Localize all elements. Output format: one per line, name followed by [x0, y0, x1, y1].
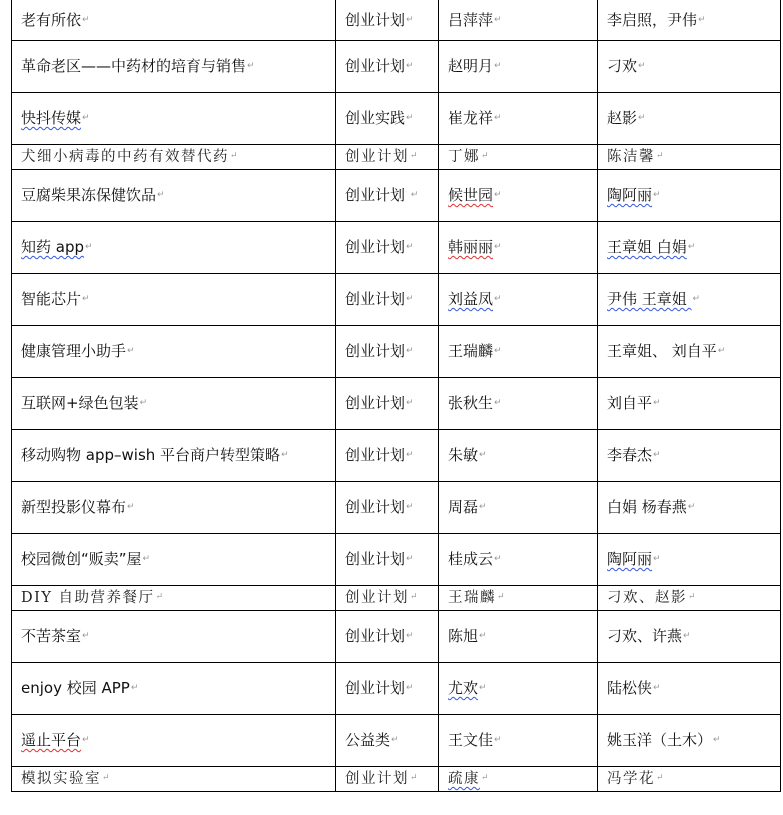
- advisor-text: 王章姐、 刘自平: [607, 342, 717, 360]
- table-row: 智能芯片↵创业计划↵刘益凤↵尹伟 王章姐 ↵: [12, 274, 781, 326]
- table-row: 豆腐柴果冻保健饮品↵创业计划 ↵ 候世园↵陶阿丽↵: [12, 170, 781, 222]
- paragraph-mark-icon: ↵: [406, 683, 414, 693]
- project-advisor-cell[interactable]: 冯学花↵: [598, 767, 781, 792]
- project-category-cell[interactable]: 创业计划↵: [336, 274, 439, 326]
- paragraph-mark-icon: ↵: [82, 15, 90, 25]
- category-text: 创业计划: [345, 11, 405, 29]
- category-text: 创业计划: [345, 679, 405, 697]
- project-category-cell[interactable]: 公益类↵: [336, 715, 439, 767]
- paragraph-mark-icon: ↵: [410, 773, 419, 783]
- project-title-cell[interactable]: 移动购物 app–wish 平台商户转型策略↵: [12, 430, 336, 482]
- project-leader-cell[interactable]: 王瑞麟↵: [439, 326, 598, 378]
- leader-text: 陈旭: [448, 627, 478, 645]
- advisor-text: 李春杰: [607, 446, 652, 464]
- paragraph-mark-icon: ↵: [479, 502, 487, 512]
- paragraph-mark-icon: ↵: [718, 346, 726, 356]
- paragraph-mark-icon: ↵: [479, 450, 487, 460]
- paragraph-mark-icon: ↵: [127, 502, 135, 512]
- category-text: 创业计划: [345, 186, 410, 204]
- project-leader-cell[interactable]: 韩丽丽↵: [439, 222, 598, 274]
- leader-text: 丁娜: [448, 149, 480, 165]
- project-leader-cell[interactable]: 尤欢↵: [439, 663, 598, 715]
- title-text: 健康管理小助手: [21, 342, 126, 360]
- category-text: 创业计划: [345, 149, 409, 165]
- title-text: 犬细小病毒的中药有效替代药: [21, 149, 229, 165]
- leader-text: 张秋生: [448, 394, 493, 412]
- leader-text: 吕萍萍: [448, 11, 493, 29]
- advisor-text: 姚玉洋（土木）: [607, 731, 712, 749]
- title-text: 智能芯片: [21, 290, 81, 308]
- paragraph-mark-icon: ↵: [410, 592, 419, 602]
- category-text: 创业计划: [345, 342, 405, 360]
- paragraph-mark-icon: ↵: [653, 450, 661, 460]
- paragraph-mark-icon: ↵: [406, 294, 414, 304]
- category-text: 创业计划: [345, 238, 405, 256]
- project-leader-cell[interactable]: 赵明月↵: [439, 41, 598, 93]
- project-category-cell[interactable]: 创业计划↵: [336, 145, 439, 170]
- table-row: 老有所依↵创业计划↵吕萍萍↵李启照，尹伟↵: [12, 0, 781, 41]
- table-row: 遥止平台↵公益类↵王文佳↵姚玉洋（土木）↵: [12, 715, 781, 767]
- project-title-cell[interactable]: 不苦茶室↵: [12, 611, 336, 663]
- project-leader-cell[interactable]: 周磊↵: [439, 482, 598, 534]
- paragraph-mark-icon: ↵: [406, 450, 414, 460]
- project-advisor-cell[interactable]: 陆松侠↵: [598, 663, 781, 715]
- paragraph-mark-icon: ↵: [481, 151, 490, 161]
- paragraph-mark-icon: ↵: [494, 113, 502, 123]
- project-title-cell[interactable]: 豆腐柴果冻保健饮品↵: [12, 170, 336, 222]
- project-advisor-cell[interactable]: 刘自平↵: [598, 378, 781, 430]
- advisor-text: 陶阿丽: [607, 550, 652, 568]
- title-text: 豆腐柴果冻保健饮品: [21, 186, 156, 204]
- paragraph-mark-icon: ↵: [693, 294, 701, 304]
- project-advisor-cell[interactable]: 李启照，尹伟↵: [598, 0, 781, 41]
- paragraph-mark-icon: ↵: [82, 294, 90, 304]
- title-text: 新型投影仪幕布: [21, 498, 126, 516]
- project-title-cell[interactable]: enjoy 校园 APP↵: [12, 663, 336, 715]
- title-text: enjoy 校园 APP: [21, 679, 130, 697]
- paragraph-mark-icon: ↵: [713, 735, 721, 745]
- paragraph-mark-icon: ↵: [688, 592, 697, 602]
- paragraph-mark-icon: ↵: [82, 735, 90, 745]
- project-title-cell[interactable]: 快抖传媒↵: [12, 93, 336, 145]
- leader-text: 王瑞麟: [448, 590, 496, 606]
- title-text: 遥止平台: [21, 731, 81, 749]
- project-leader-cell[interactable]: 王文佳↵: [439, 715, 598, 767]
- paragraph-mark-icon: ↵: [410, 151, 419, 161]
- paragraph-mark-icon: ↵: [82, 113, 90, 123]
- paragraph-mark-icon: ↵: [406, 398, 414, 408]
- paragraph-mark-icon: ↵: [406, 113, 414, 123]
- paragraph-mark-icon: ↵: [281, 450, 289, 460]
- paragraph-mark-icon: ↵: [494, 346, 502, 356]
- project-category-cell[interactable]: 创业计划↵: [336, 41, 439, 93]
- project-leader-cell[interactable]: 疏康↵: [439, 767, 598, 792]
- advisor-text: 陈洁馨: [607, 149, 655, 165]
- paragraph-mark-icon: ↵: [82, 631, 90, 641]
- project-advisor-cell[interactable]: 陈洁馨↵: [598, 145, 781, 170]
- title-text: 不苦茶室: [21, 627, 81, 645]
- table-row: 不苦茶室↵创业计划↵陈旭↵刁欢、许燕↵: [12, 611, 781, 663]
- paragraph-mark-icon: ↵: [391, 735, 399, 745]
- project-advisor-cell[interactable]: 王章姐 白娟↵: [598, 222, 781, 274]
- leader-text: 王文佳: [448, 731, 493, 749]
- paragraph-mark-icon: ↵: [247, 61, 255, 71]
- paragraph-mark-icon: ↵: [481, 773, 490, 783]
- paragraph-mark-icon: ↵: [406, 61, 414, 71]
- project-leader-cell[interactable]: 候世园↵: [439, 170, 598, 222]
- project-advisor-cell[interactable]: 王章姐、 刘自平↵: [598, 326, 781, 378]
- table-row: 犬细小病毒的中药有效替代药↵创业计划↵丁娜↵陈洁馨↵: [12, 145, 781, 170]
- leader-text: 候世园: [448, 186, 493, 204]
- project-leader-cell[interactable]: 张秋生↵: [439, 378, 598, 430]
- paragraph-mark-icon: ↵: [653, 190, 661, 200]
- paragraph-mark-icon: ↵: [683, 631, 691, 641]
- table-row: 快抖传媒↵创业实践↵崔龙祥↵赵影↵: [12, 93, 781, 145]
- paragraph-mark-icon: ↵: [656, 773, 665, 783]
- paragraph-mark-icon: ↵: [411, 190, 419, 200]
- project-leader-cell[interactable]: 吕萍萍↵: [439, 0, 598, 41]
- title-text: 模拟实验室: [21, 771, 101, 787]
- leader-text: 崔龙祥: [448, 109, 493, 127]
- paragraph-mark-icon: ↵: [494, 398, 502, 408]
- title-text: 校园微创“贩卖”屋: [21, 550, 142, 568]
- paragraph-mark-icon: ↵: [406, 15, 414, 25]
- advisor-text: 陆松侠: [607, 679, 652, 697]
- paragraph-mark-icon: ↵: [494, 554, 502, 564]
- table-row: 模拟实验室↵创业计划↵疏康↵冯学花↵: [12, 767, 781, 792]
- project-title-cell[interactable]: 遥止平台↵: [12, 715, 336, 767]
- paragraph-mark-icon: ↵: [406, 346, 414, 356]
- project-category-cell[interactable]: 创业计划↵: [336, 767, 439, 792]
- project-leader-cell[interactable]: 朱敏↵: [439, 430, 598, 482]
- title-text: DIY 自助营养餐厅: [21, 590, 155, 606]
- advisor-text: 陶阿丽: [607, 186, 652, 204]
- paragraph-mark-icon: ↵: [494, 190, 502, 200]
- paragraph-mark-icon: ↵: [157, 190, 165, 200]
- category-text: 创业计划: [345, 771, 409, 787]
- project-category-cell[interactable]: 创业计划↵: [336, 222, 439, 274]
- project-category-cell[interactable]: 创业计划↵: [336, 534, 439, 586]
- project-advisor-cell[interactable]: 李春杰↵: [598, 430, 781, 482]
- paragraph-mark-icon: ↵: [638, 113, 646, 123]
- project-title-cell[interactable]: 健康管理小助手↵: [12, 326, 336, 378]
- advisor-text: 冯学花: [607, 771, 655, 787]
- project-category-cell[interactable]: 创业计划↵: [336, 430, 439, 482]
- project-advisor-cell[interactable]: 刁欢↵: [598, 41, 781, 93]
- project-title-cell[interactable]: 智能芯片↵: [12, 274, 336, 326]
- category-text: 创业计划: [345, 57, 405, 75]
- paragraph-mark-icon: ↵: [406, 502, 414, 512]
- paragraph-mark-icon: ↵: [494, 61, 502, 71]
- project-advisor-cell[interactable]: 赵影↵: [598, 93, 781, 145]
- leader-text: 赵明月: [448, 57, 493, 75]
- title-text: 互联网+绿色包装: [21, 394, 139, 412]
- paragraph-mark-icon: ↵: [406, 631, 414, 641]
- paragraph-mark-icon: ↵: [479, 683, 487, 693]
- project-advisor-cell[interactable]: 刁欢、赵影↵: [598, 586, 781, 611]
- project-leader-cell[interactable]: 崔龙祥↵: [439, 93, 598, 145]
- paragraph-mark-icon: ↵: [494, 735, 502, 745]
- paragraph-mark-icon: ↵: [156, 592, 165, 602]
- project-category-cell[interactable]: 创业计划↵: [336, 326, 439, 378]
- paragraph-mark-icon: ↵: [653, 683, 661, 693]
- paragraph-mark-icon: ↵: [638, 61, 646, 71]
- project-category-cell[interactable]: 创业计划↵: [336, 0, 439, 41]
- project-table: 老有所依↵创业计划↵吕萍萍↵李启照，尹伟↵革命老区——中药材的培育与销售↵创业计…: [11, 0, 781, 792]
- project-advisor-cell[interactable]: 白娟 杨春燕↵: [598, 482, 781, 534]
- paragraph-mark-icon: ↵: [406, 554, 414, 564]
- paragraph-mark-icon: ↵: [688, 242, 696, 252]
- paragraph-mark-icon: ↵: [653, 398, 661, 408]
- paragraph-mark-icon: ↵: [494, 242, 502, 252]
- table-row: 互联网+绿色包装↵创业计划↵张秋生↵刘自平↵: [12, 378, 781, 430]
- project-leader-cell[interactable]: 刘益凤↵: [439, 274, 598, 326]
- table-row: DIY 自助营养餐厅↵创业计划↵王瑞麟↵刁欢、赵影↵: [12, 586, 781, 611]
- title-text: 老有所依: [21, 11, 81, 29]
- leader-text: 王瑞麟: [448, 342, 493, 360]
- project-category-cell[interactable]: 创业计划↵: [336, 663, 439, 715]
- category-text: 创业计划: [345, 590, 409, 606]
- project-advisor-cell[interactable]: 尹伟 王章姐 ↵: [598, 274, 781, 326]
- project-title-cell[interactable]: DIY 自助营养餐厅↵: [12, 586, 336, 611]
- project-title-cell[interactable]: 犬细小病毒的中药有效替代药↵: [12, 145, 336, 170]
- project-category-cell[interactable]: 创业计划↵: [336, 378, 439, 430]
- project-category-cell[interactable]: 创业计划 ↵: [336, 170, 439, 222]
- table-row: enjoy 校园 APP↵创业计划↵尤欢↵陆松侠↵: [12, 663, 781, 715]
- project-category-cell[interactable]: 创业计划↵: [336, 611, 439, 663]
- project-leader-cell[interactable]: 桂成云↵: [439, 534, 598, 586]
- advisor-text: 刁欢: [607, 57, 637, 75]
- table-row: 健康管理小助手↵创业计划↵王瑞麟↵王章姐、 刘自平↵: [12, 326, 781, 378]
- paragraph-mark-icon: ↵: [479, 631, 487, 641]
- project-category-cell[interactable]: 创业计划↵: [336, 586, 439, 611]
- title-text: 快抖传媒: [21, 109, 81, 127]
- paragraph-mark-icon: ↵: [494, 15, 502, 25]
- paragraph-mark-icon: ↵: [143, 554, 151, 564]
- leader-text: 疏康: [448, 771, 480, 787]
- paragraph-mark-icon: ↵: [127, 346, 135, 356]
- project-advisor-cell[interactable]: 陶阿丽↵: [598, 534, 781, 586]
- paragraph-mark-icon: ↵: [406, 242, 414, 252]
- advisor-text: 白娟 杨春燕: [607, 498, 687, 516]
- leader-text: 朱敏: [448, 446, 478, 464]
- leader-text: 周磊: [448, 498, 478, 516]
- project-advisor-cell[interactable]: 姚玉洋（土木）↵: [598, 715, 781, 767]
- project-title-cell[interactable]: 新型投影仪幕布↵: [12, 482, 336, 534]
- project-leader-cell[interactable]: 王瑞麟↵: [439, 586, 598, 611]
- project-title-cell[interactable]: 老有所依↵: [12, 0, 336, 41]
- advisor-text: 李启照，尹伟: [607, 11, 697, 29]
- leader-text: 刘益凤: [448, 290, 493, 308]
- table-row: 知药 app↵创业计划↵韩丽丽↵王章姐 白娟↵: [12, 222, 781, 274]
- category-text: 创业计划: [345, 394, 405, 412]
- paragraph-mark-icon: ↵: [494, 294, 502, 304]
- advisor-text: 赵影: [607, 109, 637, 127]
- advisor-text: 刁欢、赵影: [607, 590, 687, 606]
- table-row: 移动购物 app–wish 平台商户转型策略↵创业计划↵朱敏↵李春杰↵: [12, 430, 781, 482]
- paragraph-mark-icon: ↵: [497, 592, 506, 602]
- paragraph-mark-icon: ↵: [131, 683, 139, 693]
- project-title-cell[interactable]: 校园微创“贩卖”屋↵: [12, 534, 336, 586]
- project-table-body: 老有所依↵创业计划↵吕萍萍↵李启照，尹伟↵革命老区——中药材的培育与销售↵创业计…: [12, 0, 781, 792]
- advisor-text: 王章姐 白娟: [607, 238, 687, 256]
- category-text: 创业计划: [345, 290, 405, 308]
- title-text: 移动购物 app–wish 平台商户转型策略: [21, 446, 280, 464]
- category-text: 创业计划: [345, 498, 405, 516]
- paragraph-mark-icon: ↵: [102, 773, 111, 783]
- leader-text: 桂成云: [448, 550, 493, 568]
- title-text: 革命老区——中药材的培育与销售: [21, 57, 246, 75]
- project-leader-cell[interactable]: 陈旭↵: [439, 611, 598, 663]
- table-row: 新型投影仪幕布↵创业计划↵周磊↵白娟 杨春燕↵: [12, 482, 781, 534]
- leader-text: 韩丽丽: [448, 238, 493, 256]
- project-title-cell[interactable]: 知药 app↵: [12, 222, 336, 274]
- project-advisor-cell[interactable]: 刁欢、许燕↵: [598, 611, 781, 663]
- category-text: 创业计划: [345, 550, 405, 568]
- category-text: 创业实践: [345, 109, 405, 127]
- project-title-cell[interactable]: 模拟实验室↵: [12, 767, 336, 792]
- paragraph-mark-icon: ↵: [85, 242, 93, 252]
- leader-text: 尤欢: [448, 679, 478, 697]
- table-row: 校园微创“贩卖”屋↵创业计划↵桂成云↵陶阿丽↵: [12, 534, 781, 586]
- category-text: 公益类: [345, 731, 390, 749]
- project-advisor-cell[interactable]: 陶阿丽↵: [598, 170, 781, 222]
- paragraph-mark-icon: ↵: [653, 554, 661, 564]
- project-title-cell[interactable]: 革命老区——中药材的培育与销售↵: [12, 41, 336, 93]
- paragraph-mark-icon: ↵: [698, 15, 706, 25]
- category-text: 创业计划: [345, 446, 405, 464]
- advisor-text: 刘自平: [607, 394, 652, 412]
- advisor-text: 尹伟 王章姐: [607, 290, 692, 308]
- advisor-text: 刁欢、许燕: [607, 627, 682, 645]
- paragraph-mark-icon: ↵: [656, 151, 665, 161]
- paragraph-mark-icon: ↵: [140, 398, 148, 408]
- title-text: 知药 app: [21, 238, 84, 256]
- category-text: 创业计划: [345, 627, 405, 645]
- project-category-cell[interactable]: 创业计划↵: [336, 482, 439, 534]
- table-row: 革命老区——中药材的培育与销售↵创业计划↵赵明月↵刁欢↵: [12, 41, 781, 93]
- paragraph-mark-icon: ↵: [230, 151, 239, 161]
- project-category-cell[interactable]: 创业实践↵: [336, 93, 439, 145]
- project-leader-cell[interactable]: 丁娜↵: [439, 145, 598, 170]
- paragraph-mark-icon: ↵: [688, 502, 696, 512]
- project-title-cell[interactable]: 互联网+绿色包装↵: [12, 378, 336, 430]
